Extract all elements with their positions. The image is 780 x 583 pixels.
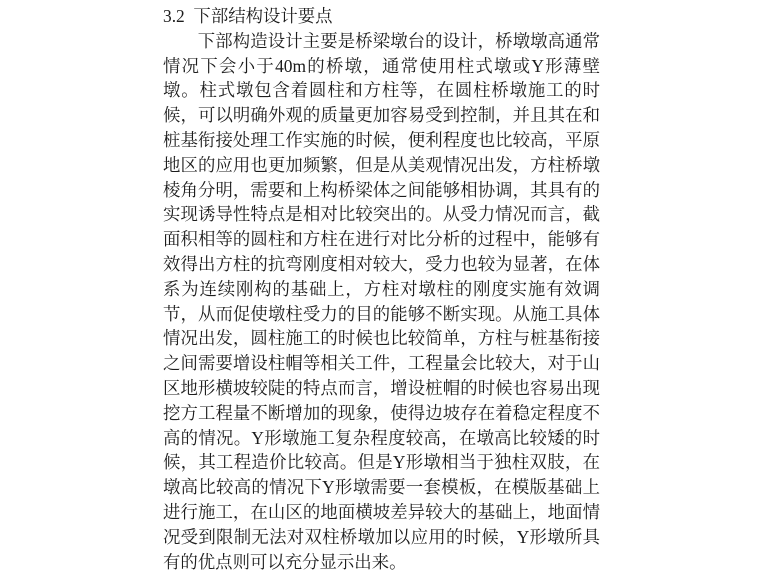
- document-page: 3.2 下部结构设计要点 下部构造设计主要是桥梁墩台的设计，桥墩墩高通常情况下会…: [0, 0, 780, 583]
- section-paragraph: 下部构造设计主要是桥梁墩台的设计，桥墩墩高通常情况下会小于40m的桥墩，通常使用…: [163, 29, 600, 575]
- section-heading: 3.2 下部结构设计要点: [163, 4, 600, 29]
- text-block: 3.2 下部结构设计要点 下部构造设计主要是桥梁墩台的设计，桥墩墩高通常情况下会…: [163, 4, 600, 574]
